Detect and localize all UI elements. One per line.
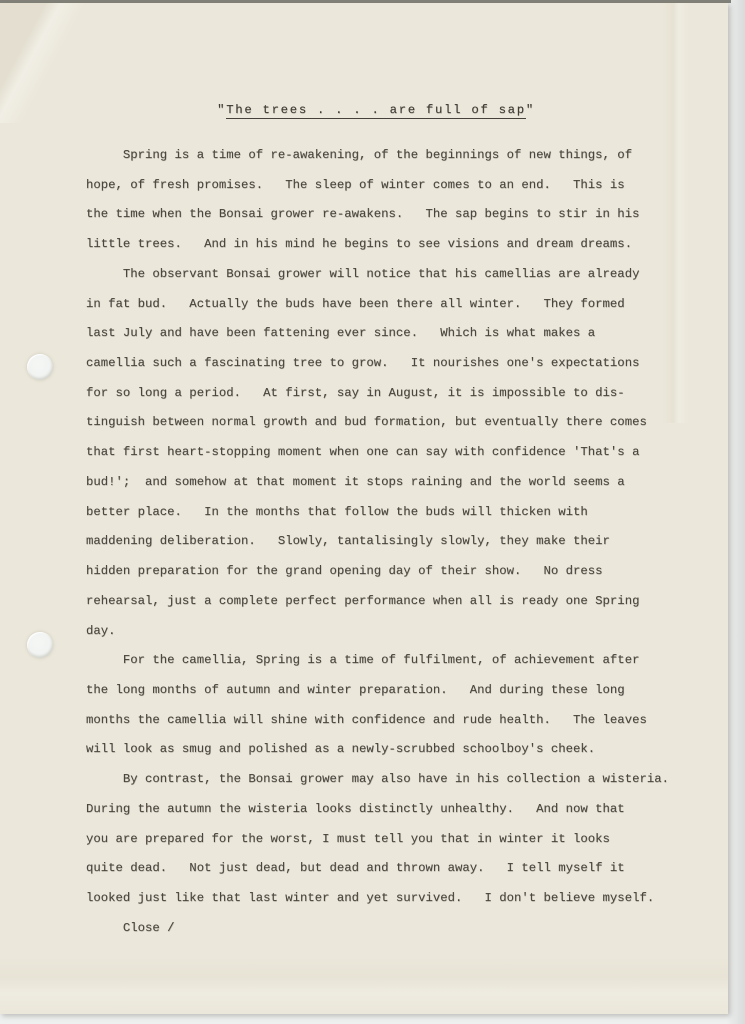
text-line: tinguish between normal growth and bud f… xyxy=(86,408,686,438)
text-line: bud!'; and somehow at that moment it sto… xyxy=(86,468,686,498)
text-line: For the camellia, Spring is a time of fu… xyxy=(86,646,686,676)
title-text: The trees . . . . are full of sap xyxy=(226,103,526,119)
text-line: maddening deliberation. Slowly, tantalis… xyxy=(86,527,686,557)
text-line: better place. In the months that follow … xyxy=(86,498,686,528)
text-line: in fat bud. Actually the buds have been … xyxy=(86,290,686,320)
punch-hole xyxy=(27,632,53,658)
paper-sheet: "The trees . . . . are full of sap" Spri… xyxy=(0,3,728,1014)
paper-crease xyxy=(0,933,728,1013)
text-line: little trees. And in his mind he begins … xyxy=(86,230,686,260)
text-line: day. xyxy=(86,617,686,647)
text-line: rehearsal, just a complete perfect perfo… xyxy=(86,587,686,617)
text-line: looked just like that last winter and ye… xyxy=(86,884,686,914)
text-line: quite dead. Not just dead, but dead and … xyxy=(86,854,686,884)
text-line: for so long a period. At first, say in A… xyxy=(86,379,686,409)
text-line: you are prepared for the worst, I must t… xyxy=(86,825,686,855)
document-title: "The trees . . . . are full of sap" xyxy=(86,99,666,121)
text-line: hidden preparation for the grand opening… xyxy=(86,557,686,587)
text-line: months the camellia will shine with conf… xyxy=(86,706,686,736)
text-line: During the autumn the wisteria looks dis… xyxy=(86,795,686,825)
text-line: the time when the Bonsai grower re-awake… xyxy=(86,200,686,230)
text-line: Spring is a time of re-awakening, of the… xyxy=(86,141,686,171)
title-open-quote: " xyxy=(217,103,226,117)
text-line: By contrast, the Bonsai grower may also … xyxy=(86,765,686,795)
text-line: that first heart-stopping moment when on… xyxy=(86,438,686,468)
text-line: last July and have been fattening ever s… xyxy=(86,319,686,349)
text-line: hope, of fresh promises. The sleep of wi… xyxy=(86,171,686,201)
document-body: Spring is a time of re-awakening, of the… xyxy=(86,141,686,943)
text-line: the long months of autumn and winter pre… xyxy=(86,676,686,706)
text-line: Close / xyxy=(86,914,686,944)
scanned-page-photo: "The trees . . . . are full of sap" Spri… xyxy=(0,0,745,1024)
text-line: camellia such a fascinating tree to grow… xyxy=(86,349,686,379)
punch-hole xyxy=(27,354,53,380)
text-line: will look as smug and polished as a newl… xyxy=(86,735,686,765)
text-line: The observant Bonsai grower will notice … xyxy=(86,260,686,290)
title-close-quote: " xyxy=(526,103,535,117)
